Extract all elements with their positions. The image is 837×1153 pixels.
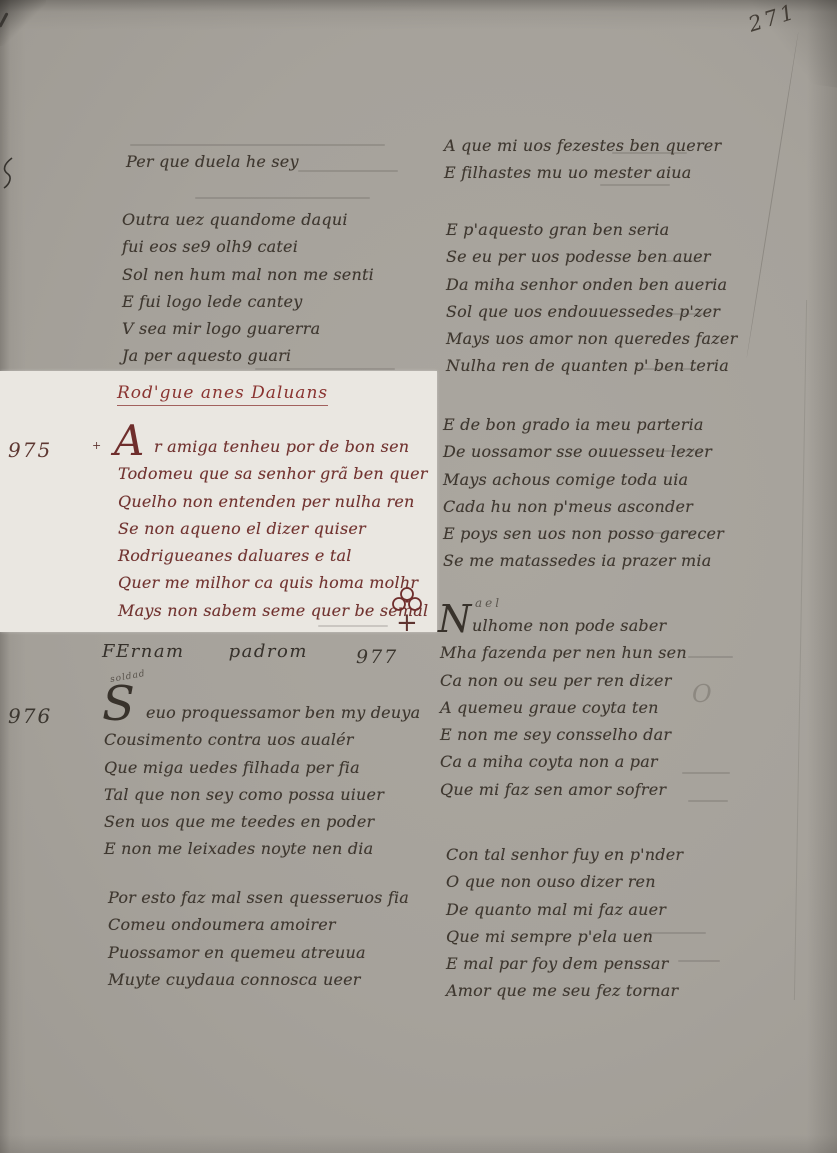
verse-line: Se non aqueno el dizer quiser (118, 515, 428, 542)
bleed-through-mark (298, 170, 398, 172)
author-heading-word: padrom (229, 641, 308, 662)
verse-line: Muyte cuydaua connosca ueer (108, 966, 409, 993)
bleed-through-mark (638, 532, 696, 534)
verse-line: Sol que uos endouuessedes p'zer (446, 298, 737, 325)
drop-cap-S: S (102, 691, 135, 718)
bleed-through-mark (612, 152, 687, 154)
verse-line: De uossamor sse ouuesseu lezer (443, 438, 724, 465)
bleed-through-letter: O (692, 680, 712, 708)
bleed-through-mark (678, 960, 720, 962)
left-highlight-stanza: A r amiga tenheu por de bon sen Todomeu … (118, 433, 428, 624)
drop-cap-N: N (438, 606, 471, 633)
right-stanza-4: N ulhome non pode saber Mha fazenda per … (440, 612, 687, 803)
verse-line: A quemeu graue coyta ten (440, 694, 687, 721)
verse-line: De quanto mal mi faz auer (446, 896, 683, 923)
left-stanza-3: Por esto faz mal ssen quesseruos fia Com… (108, 884, 409, 993)
page-corner-shadow (0, 0, 46, 46)
bleed-through-mark (662, 260, 707, 262)
verse-line: euo proquessamor ben my deuya (104, 699, 420, 726)
verse-line: Ca non ou seu per ren dizer (440, 667, 687, 694)
verse-line: Que miga uedes filhada per fia (104, 754, 420, 781)
bleed-through-mark (682, 772, 730, 774)
verse-line: Sol nen hum mal non me senti (122, 261, 374, 288)
verse-line: Con tal senhor fuy en p'nder (446, 841, 683, 868)
verse-line: Tal que non sey como possa uiuer (104, 781, 420, 808)
margin-number-977: 977 (356, 646, 398, 668)
margin-annotation-ael: ael (475, 596, 502, 610)
bleed-through-mark (130, 144, 385, 146)
verse-line: Ca a miha coyta non a par (440, 748, 687, 775)
verse-line: Sen uos que me teedes en poder (104, 808, 420, 835)
verse-line: Que mi sempre p'ela uen (446, 923, 683, 950)
left-stanza-2: S euo proquessamor ben my deuya Cousimen… (104, 699, 420, 863)
verse-line: Cada hu non p'meus asconder (443, 493, 724, 520)
verse-line: Ja per aquesto guari (122, 342, 374, 369)
verse-line: E non me sey consselho dar (440, 721, 687, 748)
verse-line: Que mi faz sen amor sofrer (440, 776, 687, 803)
verse-line: E fui logo lede cantey (122, 288, 374, 315)
verse-line: Mays non sabem seme quer be semal (118, 597, 428, 624)
verse-line: A que mi uos fezestes ben querer (444, 132, 721, 159)
verse-line: Comeu ondoumera amoirer (108, 911, 409, 938)
verse-line: Mays uos amor non queredes fazer (446, 325, 737, 352)
verse-line: Cousimento contra uos aualér (104, 726, 420, 753)
bleed-through-mark (688, 800, 728, 802)
verse-line: Quer me milhor ca quis homa molhr (118, 569, 428, 596)
verse-line: Amor que me seu fez tornar (446, 977, 683, 1004)
bleed-through-mark (600, 184, 670, 186)
verse-line: Quelho non entenden per nulha ren (118, 488, 428, 515)
bleed-through-mark (195, 197, 370, 199)
rubric-author-rodrigueanes: Rod'gue anes Daluans (117, 383, 328, 406)
verse-line: fui eos se9 olh9 catei (122, 233, 374, 260)
verse-line: E non me leixades noyte nen dia (104, 835, 420, 862)
verse-line: Mays achous comige toda uia (443, 466, 724, 493)
bleed-through-mark (648, 932, 706, 934)
bleed-through-mark (650, 313, 705, 315)
right-opening-lines: A que mi uos fezestes ben querer E filha… (444, 132, 721, 187)
verse-line: O que non ouso dizer ren (446, 868, 683, 895)
verse-line: ulhome non pode saber (440, 612, 687, 639)
verse-line: E de bon grado ia meu parteria (443, 411, 724, 438)
margin-number-975: 975 (8, 438, 52, 462)
verse-line: Rodrigueanes daluares e tal (118, 542, 428, 569)
author-heading-word: FErnam (102, 641, 185, 662)
cross-icon: + (396, 610, 418, 636)
verse-line: Se eu per uos podesse ben auer (446, 243, 737, 270)
left-prev-poem-line: Per que duela he sey (126, 148, 299, 175)
verse-line: Per que duela he sey (126, 148, 299, 175)
verse-line: Nulha ren de quanten p' ben teria (446, 352, 737, 379)
manuscript-scan: 271 975 + 976 977 Per que duela he sey O… (0, 0, 837, 1153)
author-heading-fernam-padrom: FErnam padrom (102, 641, 308, 662)
left-stanza-1: Outra uez quandome daqui fui eos se9 olh… (122, 206, 374, 370)
verse-line: E p'aquesto gran ben seria (446, 216, 737, 243)
verse-line: r amiga tenheu por de bon sen (118, 433, 428, 460)
bleed-through-mark (688, 656, 733, 658)
bleed-through-mark (255, 368, 395, 370)
right-stanza-2: E p'aquesto gran ben seria Se eu per uos… (446, 216, 737, 380)
verse-line: Se me matassedes ia prazer mia (443, 547, 724, 574)
verse-line: Puossamor en quemeu atreuua (108, 939, 409, 966)
bleed-through-mark (635, 368, 697, 370)
verse-line: Mha fazenda per nen hun sen (440, 639, 687, 666)
verse-line: V sea mir logo guarerra (122, 315, 374, 342)
tiny-cross-icon: + (92, 440, 101, 451)
right-stanza-3: E de bon grado ia meu parteria De uossam… (443, 411, 724, 575)
verse-line: Todomeu que sa senhor grã ben quer (118, 460, 428, 487)
verse-line: E mal par foy dem penssar (446, 950, 683, 977)
right-stanza-5: Con tal senhor fuy en p'nder O que non o… (446, 841, 683, 1005)
verse-line: E filhastes mu uo mester aiua (444, 159, 721, 186)
margin-number-976: 976 (8, 704, 52, 728)
verse-line: Outra uez quandome daqui (122, 206, 374, 233)
drop-cap-A: A (114, 427, 144, 454)
verse-line: Por esto faz mal ssen quesseruos fia (108, 884, 409, 911)
verse-line: Da miha senhor onden ben aueria (446, 271, 737, 298)
margin-hook-icon (0, 156, 16, 194)
bleed-through-mark (652, 450, 704, 452)
verse-line: E poys sen uos non posso garecer (443, 520, 724, 547)
bleed-through-mark (318, 625, 388, 627)
